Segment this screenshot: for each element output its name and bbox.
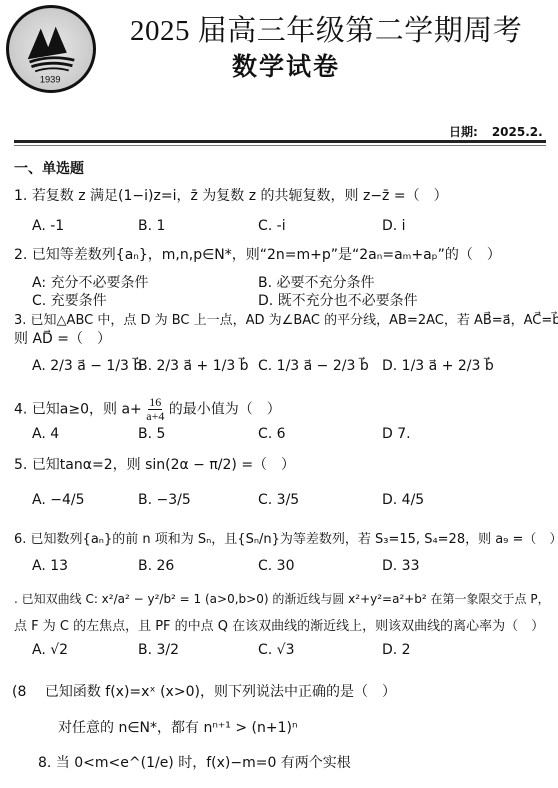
question-1: 1. 若复数 z 满足(1−i)z=i，z̄ 为复数 z 的共轭复数，则 z−z…: [14, 185, 448, 205]
question-7: . 已知双曲线 C: x²/a² − y²/b² = 1 (a>0,b>0) 的…: [14, 590, 550, 607]
question-stem: 若复数 z 满足(1−i)z=i，z̄ 为复数 z 的共轭复数，则 z−z̄ =…: [32, 188, 448, 204]
question-7-line2: 点 F 为 C 的左焦点，且 PF 的中点 Q 在该双曲线的渐近线上，则该双曲线…: [14, 615, 544, 634]
option-2a[interactable]: A: 充分不必要条件: [32, 272, 149, 292]
option-3d[interactable]: D. 1/3 a⃗ + 2/3 b⃗: [382, 358, 494, 374]
option-2d[interactable]: D. 既不充分也不必要条件: [258, 290, 418, 310]
exam-subtitle: 数学试卷: [232, 47, 340, 83]
section-title: 一、单选题: [14, 158, 84, 178]
school-emblem-icon: 1939: [9, 8, 93, 90]
question-4: 4. 已知a≥0，则 a+ 16 a+4 的最小值为（ ）: [14, 396, 281, 423]
date-value: 2025.2.: [492, 125, 543, 139]
option-6b[interactable]: B. 26: [138, 558, 174, 574]
option-8b[interactable]: 8. 当 0<m<e^(1/e) 时，f(x)−m=0 有两个实根: [38, 752, 351, 772]
option-7b[interactable]: B. 3/2: [138, 642, 179, 658]
question-3-line2: 则 AD⃗ =（ ）: [14, 328, 111, 348]
question-8: (8 已知函数 f(x)=xˣ (x>0)，则下列说法中正确的是（ ）: [12, 681, 396, 701]
option-3a[interactable]: A. 2/3 a⃗ − 1/3 b⃗: [32, 358, 142, 374]
option-7d[interactable]: D. 2: [382, 642, 411, 658]
question-stem: 已知数列{aₙ}的前 n 项和为 Sₙ，且{Sₙ/n}为等差数列，若 S₃=15…: [31, 532, 558, 547]
option-5d[interactable]: D. 4/5: [382, 492, 424, 508]
header-divider: [14, 140, 546, 143]
option-5a[interactable]: A. −4/5: [32, 492, 85, 508]
option-4c[interactable]: C. 6: [258, 426, 286, 442]
question-stem: 已知函数 f(x)=xˣ (x>0)，则下列说法中正确的是（ ）: [45, 684, 396, 700]
question-stem: 已知等差数列{aₙ}，m,n,p∈N*，则“2n=m+p”是“2aₙ=aₘ+aₚ…: [32, 247, 501, 263]
option-1b[interactable]: B. 1: [138, 218, 165, 234]
svg-text:1939: 1939: [40, 75, 61, 85]
option-5b[interactable]: B. −3/5: [138, 492, 191, 508]
option-1d[interactable]: D. i: [382, 218, 406, 234]
option-4d[interactable]: D 7.: [382, 426, 411, 442]
school-logo: 1939: [6, 5, 96, 93]
question-stem: . 已知双曲线 C: x²/a² − y²/b² = 1 (a>0,b>0) 的…: [14, 592, 550, 606]
option-1c[interactable]: C. -i: [258, 218, 286, 234]
option-6c[interactable]: C. 30: [258, 558, 295, 574]
option-2b[interactable]: B. 必要不充分条件: [258, 272, 375, 292]
option-8a[interactable]: 对任意的 n∈N*，都有 nⁿ⁺¹ > (n+1)ⁿ: [58, 717, 298, 737]
exam-title: 2025 届高三年级第二学期周考: [130, 8, 522, 49]
question-stem: 已知△ABC 中，点 D 为 BC 上一点，AD 为∠BAC 的平分线，AB=2…: [31, 313, 558, 328]
option-4a[interactable]: A. 4: [32, 426, 59, 442]
option-7a[interactable]: A. √2: [32, 642, 68, 658]
question-3: 3. 已知△ABC 中，点 D 为 BC 上一点，AD 为∠BAC 的平分线，A…: [14, 309, 558, 328]
question-2: 2. 已知等差数列{aₙ}，m,n,p∈N*，则“2n=m+p”是“2aₙ=aₘ…: [14, 244, 501, 264]
header-divider-thin: [14, 145, 546, 146]
option-4b[interactable]: B. 5: [138, 426, 165, 442]
option-6d[interactable]: D. 33: [382, 558, 420, 574]
question-5: 5. 已知tanα=2，则 sin(2α − π/2) =（ ）: [14, 454, 295, 474]
question-stem: 已知tanα=2，则 sin(2α − π/2) =（ ）: [32, 457, 295, 473]
option-1a[interactable]: A. -1: [32, 218, 64, 234]
option-5c[interactable]: C. 3/5: [258, 492, 299, 508]
option-6a[interactable]: A. 13: [32, 558, 68, 574]
option-7c[interactable]: C. √3: [258, 642, 295, 658]
option-3c[interactable]: C. 1/3 a⃗ − 2/3 b⃗: [258, 358, 369, 374]
date-label: 日期:: [449, 125, 478, 139]
option-2c[interactable]: C. 充要条件: [32, 290, 107, 310]
question-6: 6. 已知数列{aₙ}的前 n 项和为 Sₙ，且{Sₙ/n}为等差数列，若 S₃…: [14, 528, 558, 547]
fraction: 16 a+4: [146, 396, 164, 423]
option-3b[interactable]: B. 2/3 a⃗ + 1/3 b⃗: [138, 358, 249, 374]
